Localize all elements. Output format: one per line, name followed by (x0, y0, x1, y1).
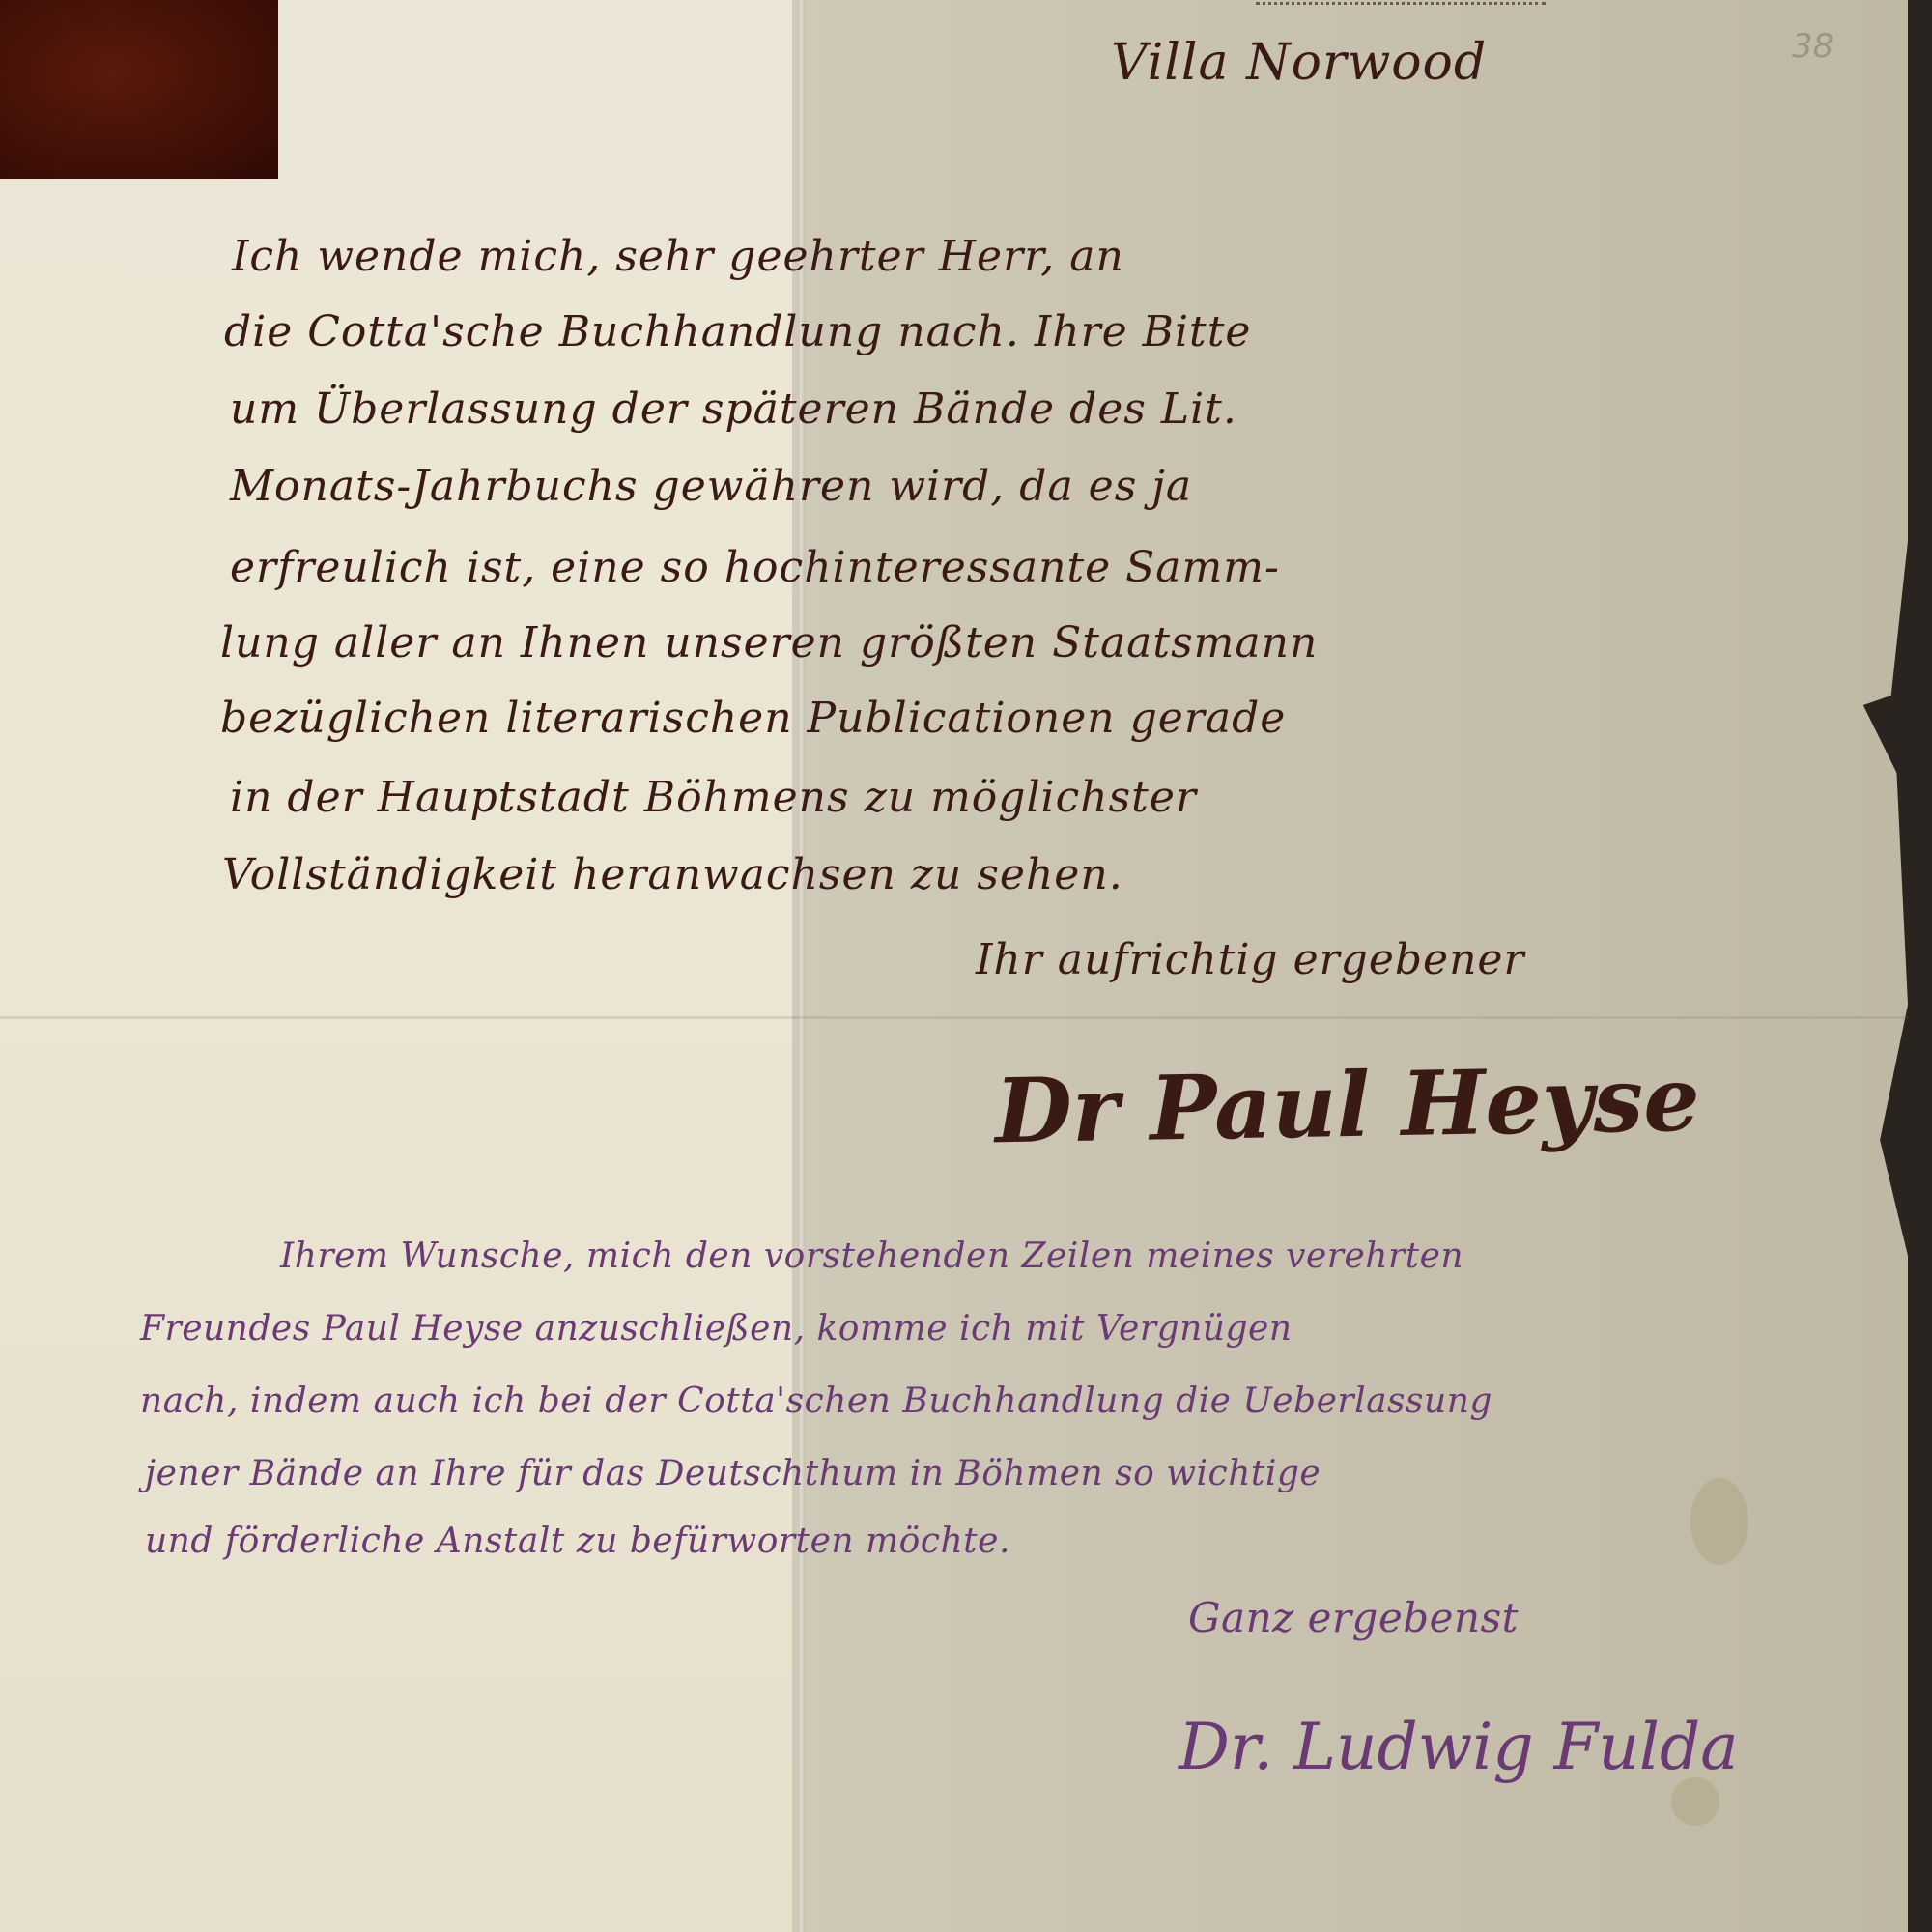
letter-line: erfreulich ist, eine so hochinteressante… (230, 543, 1280, 592)
letter-closing: Ihr aufrichtig ergebener (976, 935, 1524, 984)
horizontal-fold-crease (0, 1016, 1908, 1019)
signature-fulda: Dr. Ludwig Fulda (1179, 1710, 1739, 1784)
paper-left-half (0, 0, 811, 1932)
header-location: Villa Norwood (1111, 34, 1487, 92)
paper-stain (1690, 1478, 1748, 1565)
postscript-closing: Ganz ergebenst (1188, 1594, 1519, 1641)
signature-heyse: Dr Paul Heyse (994, 1047, 1700, 1164)
postscript-line: und förderliche Anstalt zu befürworten m… (145, 1521, 1010, 1561)
paper-stain (1671, 1777, 1719, 1826)
dark-corner-mount (0, 0, 278, 179)
letter-line: in der Hauptstadt Böhmens zu möglichster (230, 773, 1197, 822)
letter-line: die Cotta'sche Buchhandlung nach. Ihre B… (224, 307, 1251, 356)
letter-line: bezüglichen literarischen Publicationen … (220, 694, 1286, 743)
letter-line: Ich wende mich, sehr geehrter Herr, an (232, 232, 1124, 281)
postscript-line: Ihrem Wunsche, mich den vorstehenden Zei… (280, 1236, 1463, 1276)
vertical-fold-crease (800, 0, 806, 1932)
letter-line: Monats-Jahrbuchs gewähren wird, da es ja (230, 462, 1192, 511)
letter-line: Vollständigkeit heranwachsen zu sehen. (222, 850, 1123, 899)
postscript-line: jener Bände an Ihre für das Deutschthum … (145, 1454, 1321, 1493)
letterhead-dotted-line (1256, 2, 1546, 5)
letter-line: um Überlassung der späteren Bände des Li… (230, 384, 1237, 434)
archive-page-number: 38 (1792, 27, 1833, 66)
letter-line: lung aller an Ihnen unseren größten Staa… (220, 618, 1318, 668)
postscript-line: Freundes Paul Heyse anzuschließen, komme… (140, 1309, 1293, 1349)
postscript-line: nach, indem auch ich bei der Cotta'schen… (140, 1381, 1492, 1421)
